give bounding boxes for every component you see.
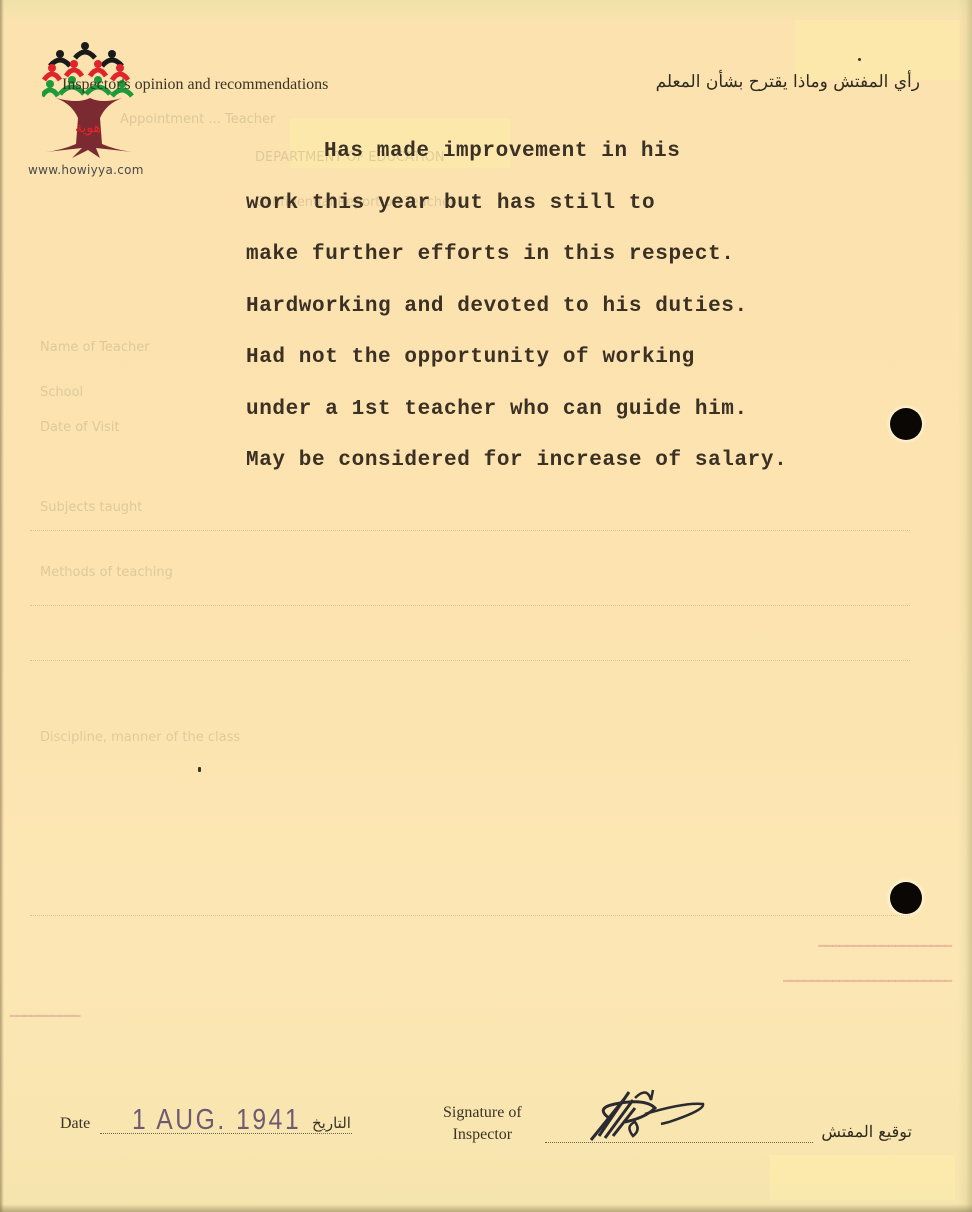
inspector-signature-icon (585, 1078, 715, 1148)
paper-edge-bottom (0, 1204, 972, 1212)
show-through-text: Subjects taught (40, 500, 142, 515)
paper-edge-right (958, 0, 972, 1212)
tree-people-icon: هوية (42, 40, 138, 162)
show-through-text: School (40, 385, 83, 400)
show-through-rule (30, 605, 910, 606)
punch-hole (890, 408, 922, 440)
section-title-arabic: رأي المفتش وماذا يقترح بشأن المعلم (656, 72, 920, 92)
howiyya-watermark-logo: هوية www.howiyya.com (28, 40, 152, 180)
signature-label-line1: Signature of (443, 1102, 522, 1124)
show-through-handwriting: ــــــــــ (10, 995, 80, 1023)
remark-line: May be considered for increase of salary… (246, 435, 787, 487)
punch-hole (890, 882, 922, 914)
section-title-english: Inspector's opinion and recommendations (62, 76, 328, 94)
date-stamp: 1 AUG. 1941 (132, 1104, 301, 1137)
remark-line: Hardworking and devoted to his duties. (246, 281, 787, 333)
ink-speck (198, 767, 201, 772)
signature-label-arabic: توقيع المفتش (821, 1122, 912, 1141)
date-label-arabic: التاريخ (312, 1114, 351, 1132)
document-page: Appointment ... Teacher DEPARTMENT OF ED… (0, 0, 972, 1212)
show-through-text: Date of Visit (40, 420, 120, 435)
date-field: Date 1 AUG. 1941 التاريخ (60, 1108, 360, 1138)
show-through-rule (30, 660, 910, 661)
show-through-handwriting: ـــــــــــــــــــ (818, 925, 952, 953)
show-through-text: Discipline, manner of the class (40, 730, 240, 745)
remark-line: Had not the opportunity of working (246, 332, 787, 384)
remark-line: work this year but has still to (246, 178, 787, 230)
show-through-text: Methods of teaching (40, 565, 173, 580)
paper-stain (770, 1155, 955, 1200)
remark-line: Has made improvement in his (246, 126, 787, 178)
show-through-rule (30, 915, 910, 916)
ink-speck (858, 58, 861, 61)
show-through-text: Name of Teacher (40, 340, 150, 355)
signature-label-line2: Inspector (443, 1124, 522, 1146)
signature-label: Signature of Inspector (443, 1102, 522, 1146)
remark-line: under a 1st teacher who can guide him. (246, 384, 787, 436)
show-through-handwriting: ــــــــــــــــــــــــ (783, 960, 952, 988)
remark-line: make further efforts in this respect. (246, 229, 787, 281)
paper-stain (795, 20, 960, 80)
inspector-remarks: Has made improvement in his work this ye… (246, 126, 787, 487)
date-label: Date (60, 1115, 90, 1133)
show-through-rule (30, 530, 910, 531)
watermark-url: www.howiyya.com (28, 163, 144, 177)
svg-text:هوية: هوية (75, 120, 101, 136)
